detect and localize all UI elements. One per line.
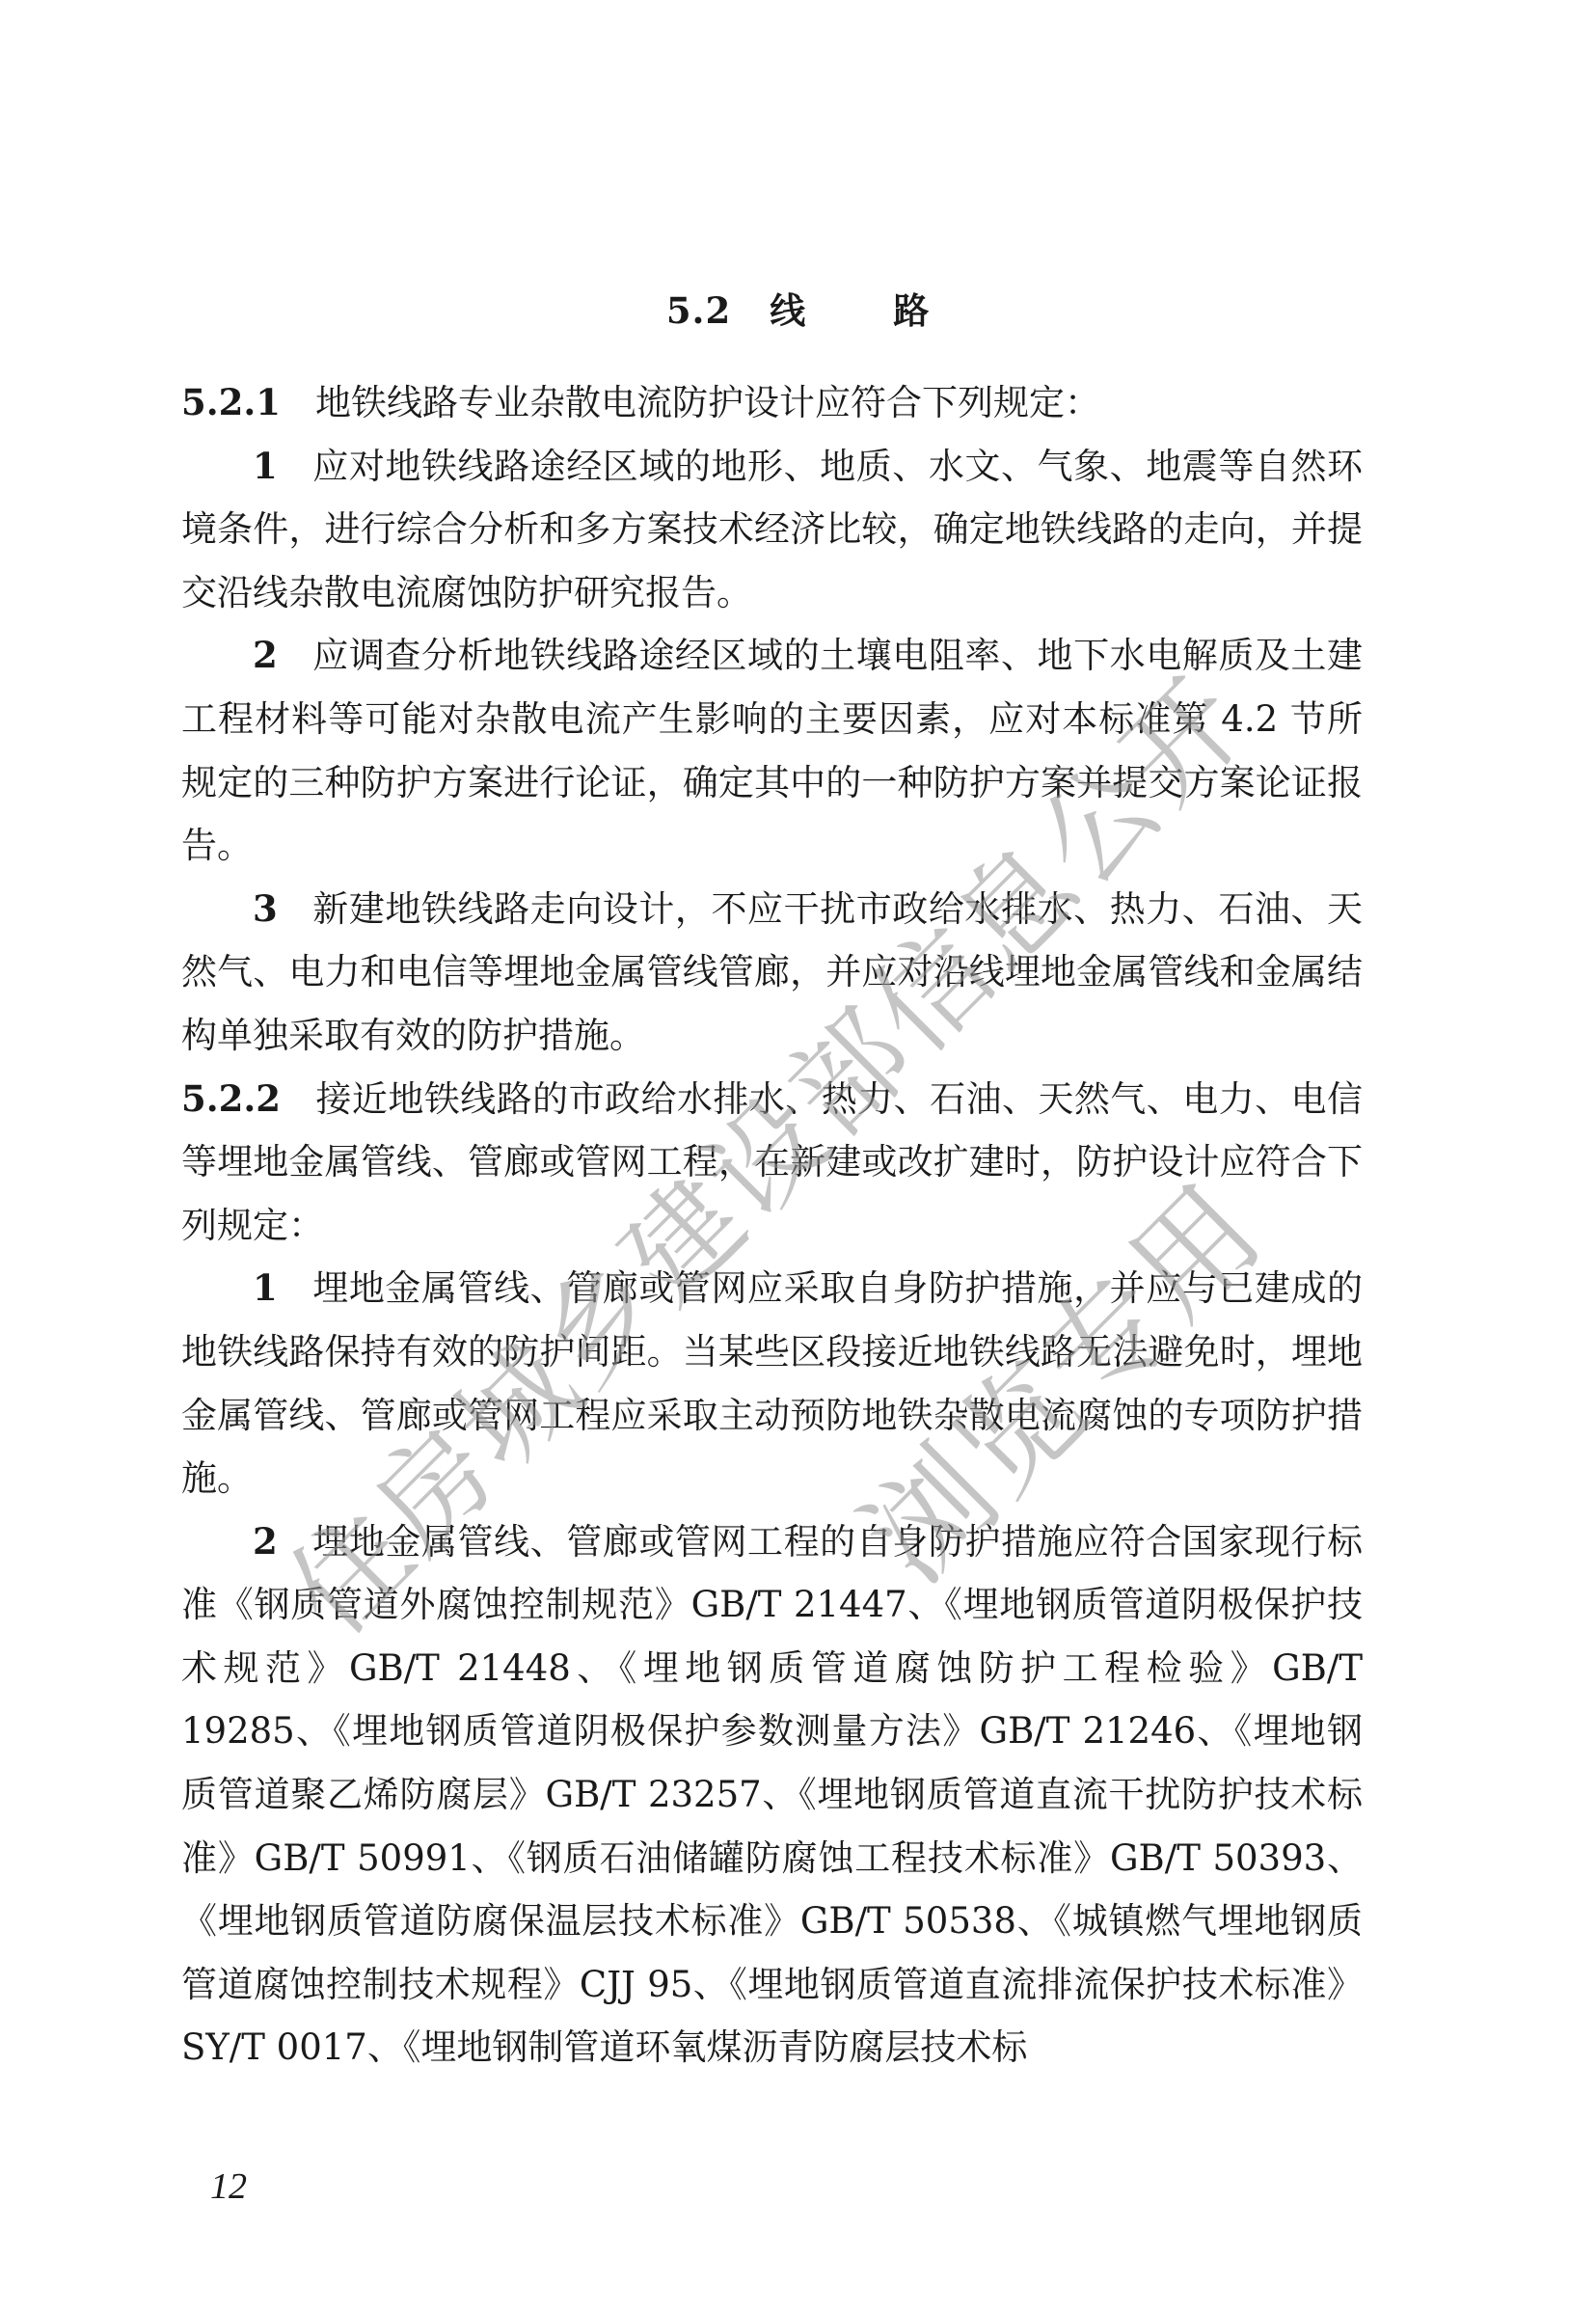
list-item: 2埋地金属管线、管廊或管网工程的自身防护措施应符合国家现行标准《钢质管道外腐蚀控… [181, 1510, 1363, 2080]
item-text: 应调查分析地铁线路途经区域的土壤电阻率、地下水电解质及土建工程材料等可能对杂散电… [181, 635, 1363, 866]
item-text: 埋地金属管线、管廊或管网工程的自身防护措施应符合国家现行标准《钢质管道外腐蚀控制… [181, 1521, 1363, 2069]
item-number: 1 [253, 1266, 278, 1309]
section-title-part1: 线 [770, 289, 806, 332]
list-item: 1埋地金属管线、管廊或管网应采取自身防护措施，并应与已建成的地铁线路保持有效的防… [181, 1257, 1363, 1509]
item-text: 应对地铁线路途经区域的地形、地质、水文、气象、地震等自然环境条件，进行综合分析和… [181, 446, 1363, 613]
clause-number: 5.2.1 [181, 381, 281, 423]
clause-text: 地铁线路专业杂散电流防护设计应符合下列规定： [315, 382, 1100, 423]
item-text: 埋地金属管线、管廊或管网应采取自身防护措施，并应与已建成的地铁线路保持有效的防护… [181, 1267, 1363, 1499]
clause-5-2-2: 5.2.2接近地铁线路的市政给水排水、热力、石油、天然气、电力、电信等埋地金属管… [181, 1068, 1363, 1258]
clause-number: 5.2.2 [181, 1077, 281, 1120]
list-item: 1应对地铁线路途经区域的地形、地质、水文、气象、地震等自然环境条件，进行综合分析… [181, 435, 1363, 625]
item-text: 新建地铁线路走向设计，不应干扰市政给水排水、热力、石油、天然气、电力和电信等埋地… [181, 888, 1363, 1056]
section-title-part2: 路 [893, 289, 930, 332]
list-item: 2应调查分析地铁线路途经区域的土壤电阻率、地下水电解质及土建工程材料等可能对杂散… [181, 624, 1363, 877]
item-number: 1 [253, 445, 278, 487]
document-page: 5.2线路 5.2.1地铁线路专业杂散电流防护设计应符合下列规定： 1应对地铁线… [0, 0, 1596, 2311]
section-number: 5.2 [666, 289, 731, 332]
page-number: 12 [210, 2165, 247, 2208]
clause-text: 接近地铁线路的市政给水排水、热力、石油、天然气、电力、电信等埋地金属管线、管廊或… [181, 1078, 1363, 1246]
body-text: 5.2.1地铁线路专业杂散电流防护设计应符合下列规定： 1应对地铁线路途经区域的… [181, 371, 1363, 2080]
item-number: 2 [253, 1520, 278, 1563]
list-item: 3新建地铁线路走向设计，不应干扰市政给水排水、热力、石油、天然气、电力和电信等埋… [181, 878, 1363, 1068]
clause-5-2-1: 5.2.1地铁线路专业杂散电流防护设计应符合下列规定： [181, 371, 1363, 435]
section-heading: 5.2线路 [0, 282, 1596, 334]
item-number: 2 [253, 634, 278, 676]
item-number: 3 [253, 887, 278, 930]
